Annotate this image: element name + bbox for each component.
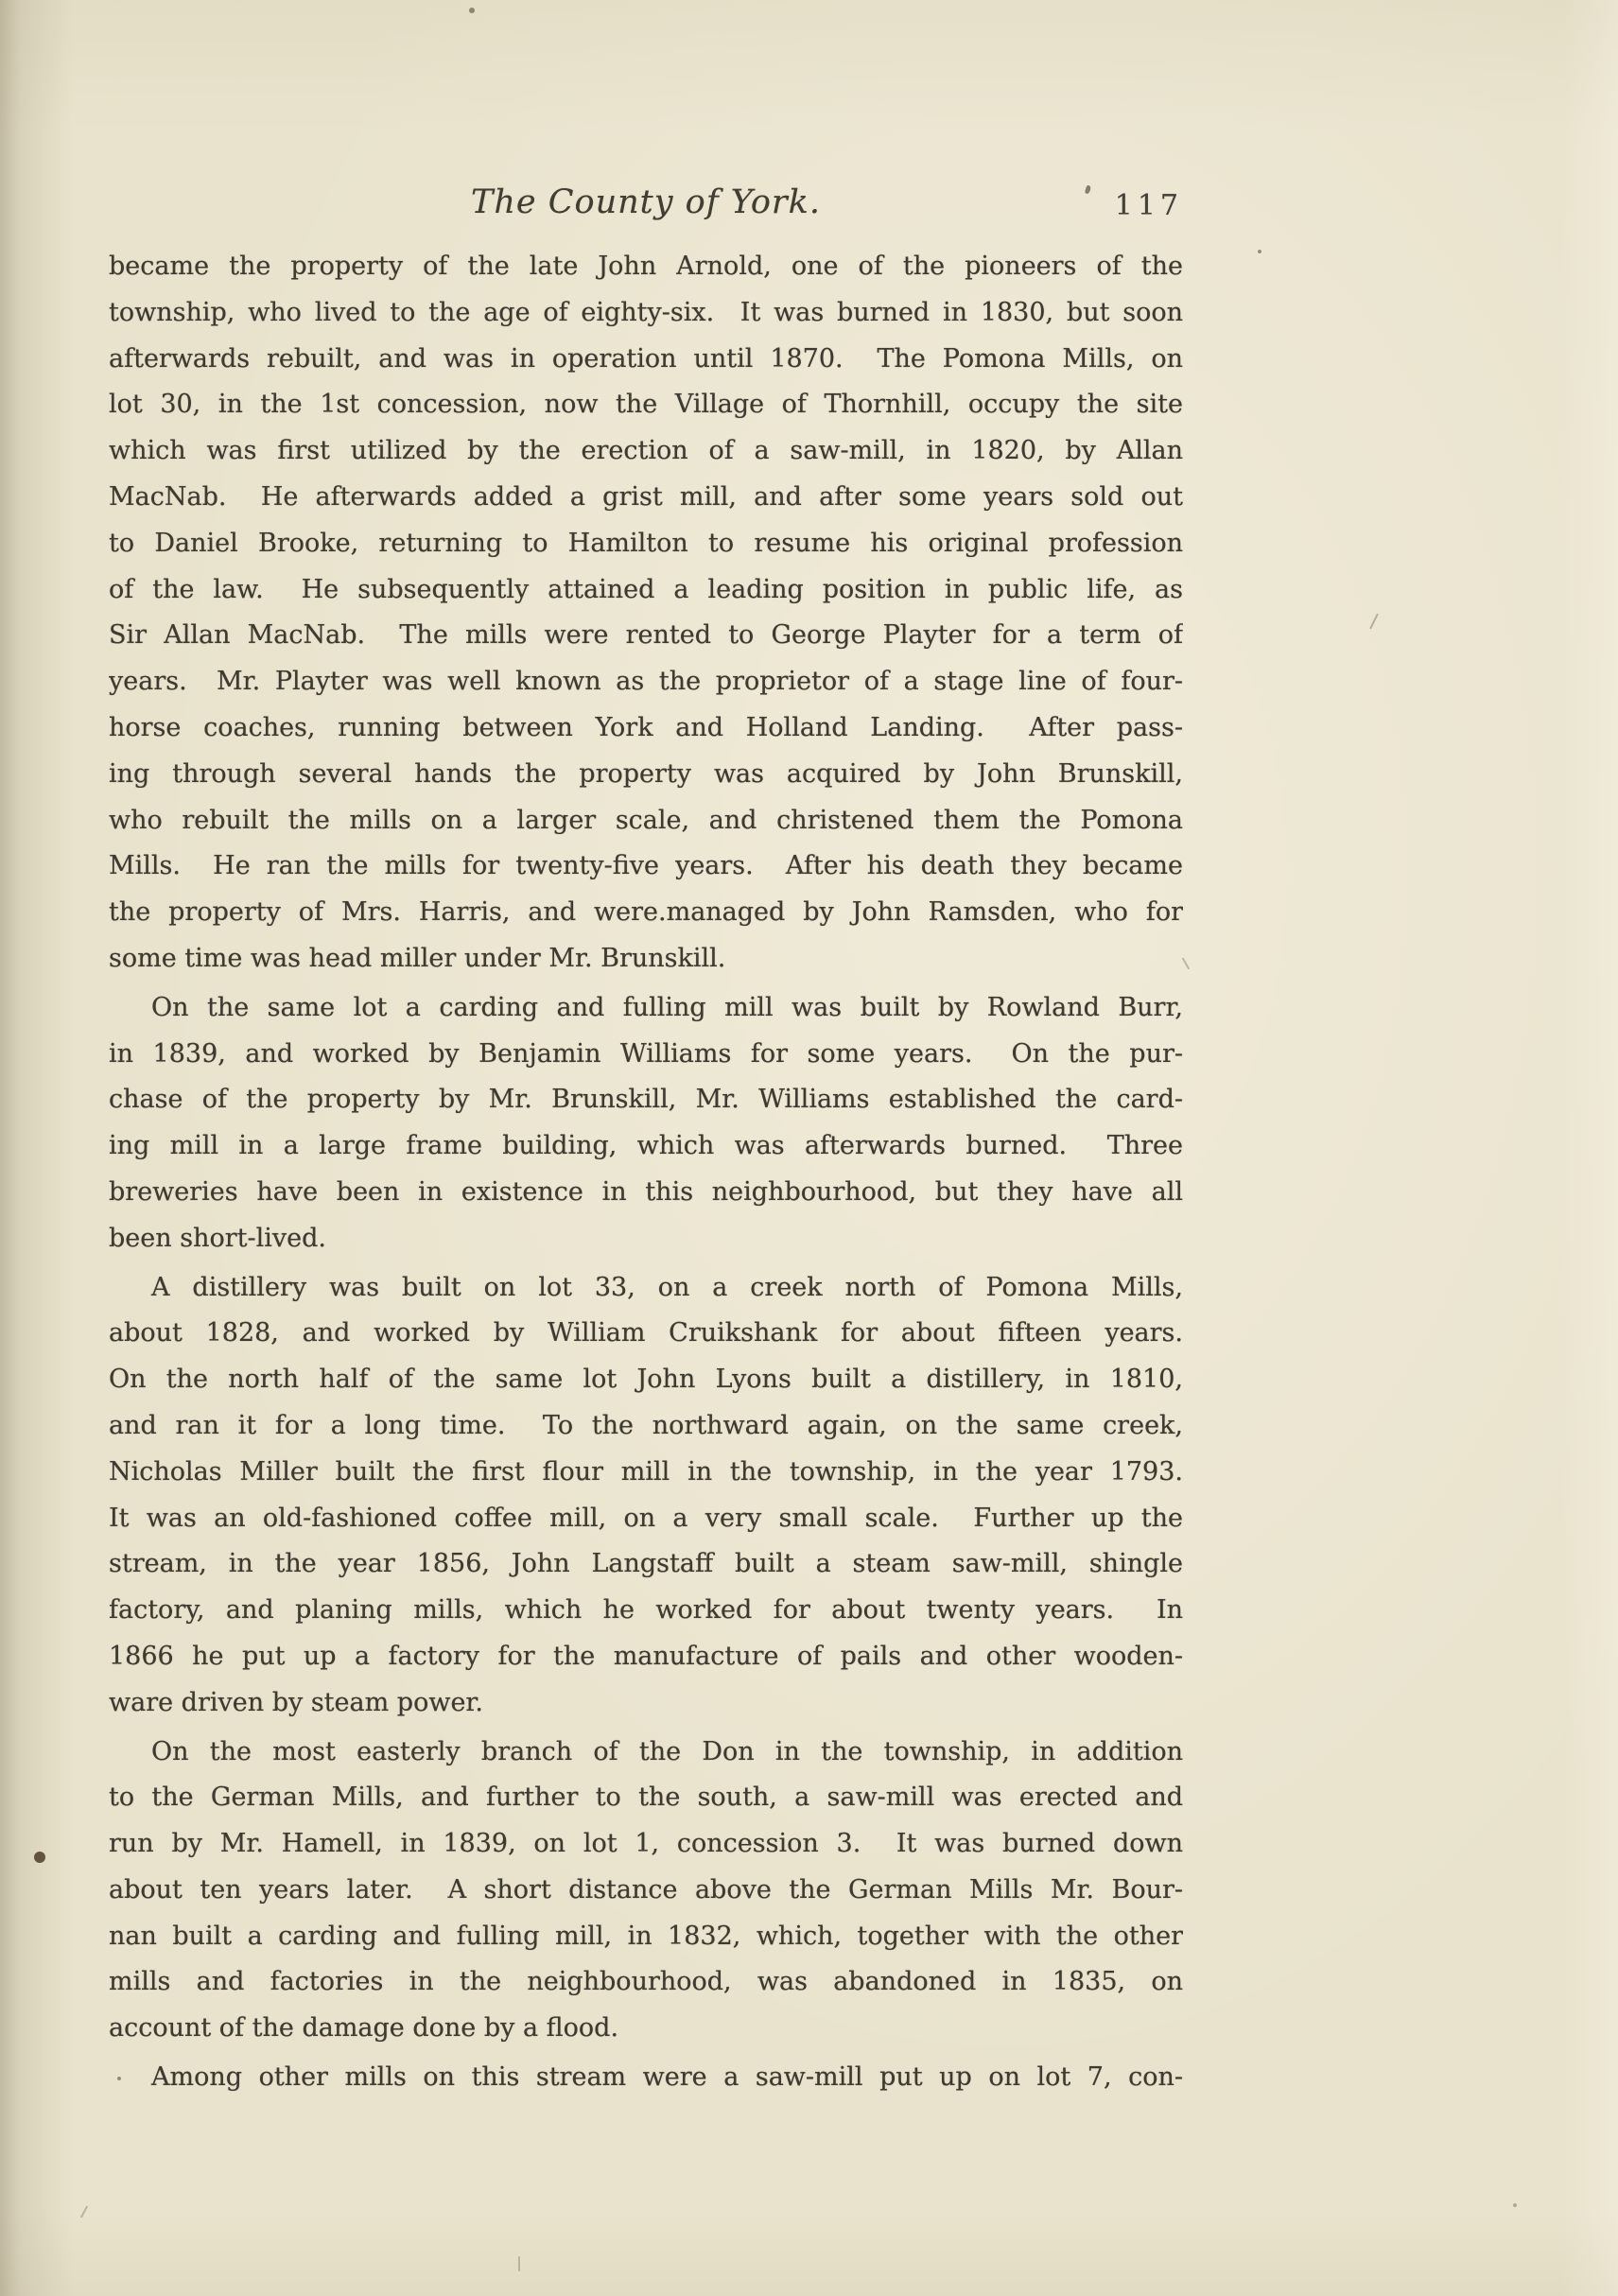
paragraph: A distillery was built on lot 33, on a c… <box>109 1265 1183 1727</box>
text-line: horse coaches, running between York and … <box>109 705 1183 752</box>
text-line: of the law. He subsequently attained a l… <box>109 567 1183 614</box>
ink-speck <box>469 8 475 13</box>
text-line: Among other mills on this stream were a … <box>109 2055 1183 2101</box>
text-line: the property of Mrs. Harris, and were.ma… <box>109 890 1183 936</box>
text-line: about 1828, and worked by William Cruiks… <box>109 1311 1183 1357</box>
text-line: about ten years later. A short distance … <box>109 1868 1183 1914</box>
running-header: The County of York. 117 <box>109 183 1183 240</box>
text-line: It was an old-fashioned coffee mill, on … <box>109 1496 1183 1542</box>
text-line: ing through several hands the property w… <box>109 752 1183 798</box>
page-edge-fade <box>1561 0 1618 2296</box>
text-line: mills and factories in the neighbourhood… <box>109 1959 1183 2006</box>
ink-speck <box>34 1852 45 1863</box>
text-line: to the German Mills, and further to the … <box>109 1775 1183 1821</box>
ink-speck <box>1258 250 1261 253</box>
text-line: became the property of the late John Arn… <box>109 244 1183 290</box>
text-line: lot 30, in the 1st concession, now the V… <box>109 382 1183 428</box>
scanned-page: The County of York. 117 became the prope… <box>0 0 1618 2296</box>
text-line: township, who lived to the age of eighty… <box>109 290 1183 337</box>
text-line: ware driven by steam power. <box>109 1680 1183 1727</box>
paragraph: became the property of the late John Arn… <box>109 244 1183 983</box>
text-line: which was first utilized by the erection… <box>109 428 1183 475</box>
text-line: account of the damage done by a flood. <box>109 2006 1183 2052</box>
text-line: in 1839, and worked by Benjamin Williams… <box>109 1032 1183 1078</box>
text-line: On the same lot a carding and fulling mi… <box>109 985 1183 1032</box>
page-number: 117 <box>1115 189 1183 222</box>
text-line: afterwards rebuilt, and was in operation… <box>109 337 1183 383</box>
header-title: The County of York. <box>109 183 1183 221</box>
text-line: chase of the property by Mr. Brunskill, … <box>109 1077 1183 1123</box>
text-line: run by Mr. Hamell, in 1839, on lot 1, co… <box>109 1821 1183 1868</box>
paragraph: On the same lot a carding and fulling mi… <box>109 985 1183 1262</box>
text-line: and ran it for a long time. To the north… <box>109 1403 1183 1450</box>
text-line: MacNab. He afterwards added a grist mill… <box>109 475 1183 521</box>
text-line: 1866 he put up a factory for the manufac… <box>109 1634 1183 1680</box>
text-line: nan built a carding and fulling mill, in… <box>109 1914 1183 1960</box>
text-line: stream, in the year 1856, John Langstaff… <box>109 1541 1183 1588</box>
text-line: ing mill in a large frame building, whic… <box>109 1123 1183 1170</box>
text-line: A distillery was built on lot 33, on a c… <box>109 1265 1183 1312</box>
text-line: years. Mr. Playter was well known as the… <box>109 659 1183 705</box>
ink-speck <box>518 2256 520 2271</box>
paragraph: On the most easterly branch of the Don i… <box>109 1730 1183 2053</box>
page-body: became the property of the late John Arn… <box>109 244 1183 2104</box>
text-line: On the most easterly branch of the Don i… <box>109 1730 1183 1776</box>
text-line: Sir Allan MacNab. The mills were rented … <box>109 613 1183 659</box>
text-line: who rebuilt the mills on a larger scale,… <box>109 798 1183 844</box>
paragraph: Among other mills on this stream were a … <box>109 2055 1183 2101</box>
text-line: breweries have been in existence in this… <box>109 1170 1183 1216</box>
text-line: some time was head miller under Mr. Brun… <box>109 936 1183 983</box>
text-line: to Daniel Brooke, returning to Hamilton … <box>109 521 1183 567</box>
ink-speck <box>1513 2203 1517 2207</box>
ink-speck <box>80 2205 88 2218</box>
text-line: Mills. He ran the mills for twenty-five … <box>109 844 1183 890</box>
text-line: Nicholas Miller built the first flour mi… <box>109 1450 1183 1496</box>
text-line: On the north half of the same lot John L… <box>109 1357 1183 1403</box>
text-line: factory, and planing mills, which he wor… <box>109 1588 1183 1634</box>
page-gutter-shadow <box>0 0 76 2296</box>
text-line: been short-lived. <box>109 1216 1183 1262</box>
ink-speck <box>1369 613 1379 629</box>
